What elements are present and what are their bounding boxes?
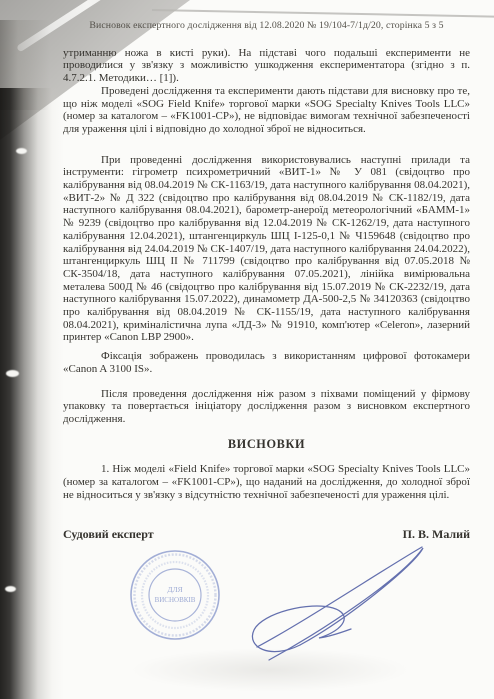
scanned-document-page: Висновок експертного дослідження від 12.…: [0, 0, 494, 699]
conclusions-heading: ВИСНОВКИ: [63, 438, 470, 451]
round-stamp: ДЛЯ ВИСНОВКІВ: [128, 548, 222, 642]
body-paragraph: утриманню ножа в кисті руки). На підстав…: [63, 47, 470, 85]
document-header-line: Висновок експертного дослідження від 12.…: [63, 20, 470, 33]
signer-role: Судовий експерт: [63, 528, 154, 541]
stamp-center-line2: ВИСНОВКІВ: [155, 596, 196, 604]
scan-glint: [16, 148, 27, 154]
stamp-rim-text-ring: [135, 555, 216, 636]
stamp-center-line1: ДЛЯ: [167, 585, 182, 594]
scan-glint: [5, 586, 16, 592]
conclusion-item-1: 1. Ніж моделі «Field Knife» торгової мар…: [63, 463, 470, 501]
body-paragraph-instruments: При проведенні дослідження використовува…: [63, 154, 470, 345]
body-paragraph-photo-fixation: Фіксація зображень проводилась з викорис…: [63, 350, 470, 375]
body-paragraph: Проведені дослідження та експерименти да…: [63, 85, 470, 136]
document-body: Висновок експертного дослідження від 12.…: [63, 20, 470, 540]
scan-left-shadow: [0, 88, 64, 699]
page-top-edge: [152, 9, 494, 17]
body-paragraph-return-note: Після проведення дослідження ніж разом з…: [63, 388, 470, 426]
scan-glint: [6, 370, 19, 377]
expert-signature: [224, 534, 440, 674]
